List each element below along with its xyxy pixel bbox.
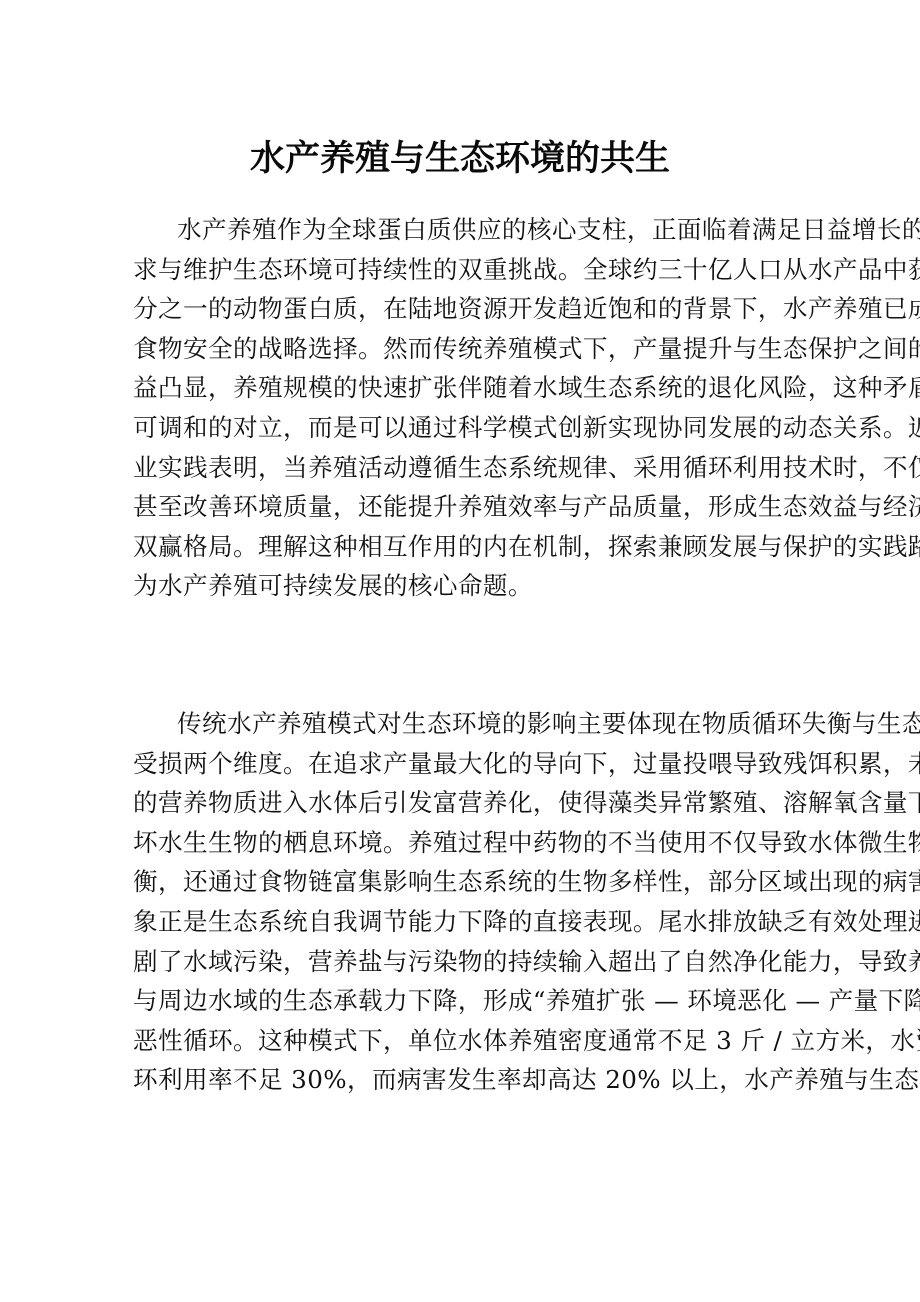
paragraph-2: 传统水产养殖模式对生态环境的影响主要体现在物质循环失衡与生态功能 受损两个维度。… — [84, 704, 838, 1100]
text-line: 分之一的动物蛋白质，在陆地资源开发趋近饱和的背景下，水产养殖已成为保障 — [84, 289, 838, 329]
text-line: 双赢格局。理解这种相互作用的内在机制，探索兼顾发展与保护的实践路径，成 — [84, 527, 838, 567]
text-line: 求与维护生态环境可持续性的双重挑战。全球约三十亿人口从水产品中获取近五 — [84, 250, 838, 290]
text-line: 传统水产养殖模式对生态环境的影响主要体现在物质循环失衡与生态功能 — [84, 704, 838, 744]
document-page: 水产养殖与生态环境的共生 水产养殖作为全球蛋白质供应的核心支柱，正面临着满足日益… — [0, 0, 920, 1302]
text-line: 食物安全的战略选择。然而传统养殖模式下，产量提升与生态保护之间的矛盾日 — [84, 329, 838, 369]
text-line: 的营养物质进入水体后引发富营养化，使得藻类异常繁殖、溶解氧含量下降，破 — [84, 783, 838, 823]
document-title: 水产养殖与生态环境的共生 — [0, 131, 920, 181]
text-line: 环利用率不足 30%，而病害发生率却高达 20% 以上，水产养殖与生态环境形成 — [84, 1060, 838, 1100]
text-line: 恶性循环。这种模式下，单位水体养殖密度通常不足 3 斤 / 立方米，水资源循 — [84, 1021, 838, 1061]
text-line: 象正是生态系统自我调节能力下降的直接表现。尾水排放缺乏有效处理进一步加 — [84, 902, 838, 942]
text-line: 衡，还通过食物链富集影响生态系统的生物多样性，部分区域出现的病害频发现 — [84, 862, 838, 902]
text-line: 水产养殖作为全球蛋白质供应的核心支柱，正面临着满足日益增长的消费需 — [84, 210, 838, 250]
text-line: 受损两个维度。在追求产量最大化的导向下，过量投喂导致残饵积累，未被吸收 — [84, 744, 838, 784]
text-line: 可调和的对立，而是可以通过科学模式创新实现协同发展的动态关系。近年来行 — [84, 408, 838, 448]
text-line: 剧了水域污染，营养盐与污染物的持续输入超出了自然净化能力，导致养殖区域 — [84, 942, 838, 982]
paragraph-text: 水产养殖作为全球蛋白质供应的核心支柱，正面临着满足日益增长的消费需 求与维护生态… — [84, 210, 838, 606]
text-line: 甚至改善环境质量，还能提升养殖效率与产品质量，形成生态效益与经济效益的 — [84, 487, 838, 527]
text-line: 与周边水域的生态承载力下降，形成“养殖扩张 — 环境恶化 — 产量下降”的 — [84, 981, 838, 1021]
paragraph-text: 传统水产养殖模式对生态环境的影响主要体现在物质循环失衡与生态功能 受损两个维度。… — [84, 704, 838, 1100]
text-line: 益凸显，养殖规模的快速扩张伴随着水域生态系统的退化风险，这种矛盾并非不 — [84, 368, 838, 408]
paragraph-1: 水产养殖作为全球蛋白质供应的核心支柱，正面临着满足日益增长的消费需 求与维护生态… — [84, 210, 838, 606]
text-line: 为水产养殖可持续发展的核心命题。 — [84, 566, 838, 606]
text-line: 业实践表明，当养殖活动遵循生态系统规律、采用循环利用技术时，不仅能维持 — [84, 448, 838, 488]
text-line: 坏水生生物的栖息环境。养殖过程中药物的不当使用不仅导致水体微生物群落失 — [84, 823, 838, 863]
